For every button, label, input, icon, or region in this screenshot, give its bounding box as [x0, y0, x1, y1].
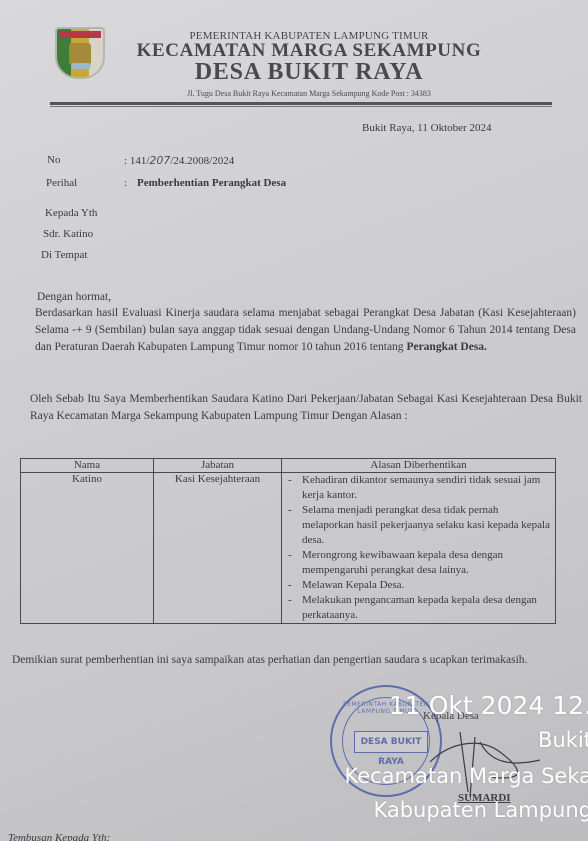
no-suffix: /24.2008/2024: [170, 155, 234, 167]
closing-paragraph: Demikian surat pemberhentian ini saya sa…: [12, 650, 588, 670]
tembusan-label: Tembusan Kepada Yth:: [8, 832, 110, 841]
greeting: Dengan hormat,: [37, 289, 111, 306]
list-item: Melakukan pengancaman kepada kepala desa…: [286, 593, 551, 623]
letter-number: : 141/207/24.2008/2024: [124, 154, 234, 167]
signature-scribble-icon: [420, 722, 550, 802]
watermark-village: Bukit: [538, 728, 588, 752]
recipient-line1: Kepada Yth: [45, 207, 97, 219]
table-header-row: Nama Jabatan Alasan Diberhentikan: [21, 459, 556, 473]
paragraph-dismissal: Oleh Sebab Itu Saya Memberhentikan Sauda…: [30, 391, 582, 425]
table-row: Katino Kasi Kesejahteraan Kehadiran dika…: [21, 473, 556, 624]
reason-list: Kehadiran dikantor semaunya sendiri tida…: [286, 473, 551, 623]
cell-alasan: Kehadiran dikantor semaunya sendiri tida…: [282, 473, 556, 624]
perihal-separator: :: [124, 177, 127, 189]
header-alasan: Alasan Diberhentikan: [282, 459, 556, 473]
watermark-district: Kecamatan Marga Seka: [344, 764, 588, 788]
no-prefix: 141/: [130, 155, 150, 167]
watermark-timestamp: 11 Okt 2024 12.: [389, 691, 588, 720]
perihal-label: Perihal: [46, 177, 77, 189]
no-separator: :: [124, 155, 127, 167]
list-item: Merongrong kewibawaan kepala desa dengan…: [286, 548, 551, 578]
stamp-center-text: DESA BUKIT RAYA: [354, 731, 428, 753]
header-nama: Nama: [21, 459, 154, 473]
recipient-place: Di Tempat: [41, 249, 87, 261]
cell-nama: Katino: [21, 473, 154, 624]
letter-date: Bukit Raya, 11 Oktober 2024: [362, 122, 491, 134]
paragraph-evaluation-text: Berdasarkan hasil Evaluasi Kinerja sauda…: [35, 307, 576, 353]
watermark-regency: Kabupaten Lampung: [373, 798, 588, 822]
dismissal-reasons-table: Nama Jabatan Alasan Diberhentikan Katino…: [20, 458, 556, 624]
paragraph-evaluation-bold: Perangkat Desa.: [406, 341, 487, 353]
no-label: No: [47, 154, 60, 166]
recipient-name: Sdr. Katino: [43, 228, 93, 240]
header-jabatan: Jabatan: [154, 459, 282, 473]
letterhead-village: DESA BUKIT RAYA: [0, 59, 588, 86]
list-item: Melawan Kepala Desa.: [286, 578, 551, 593]
letterhead-divider: [50, 102, 552, 105]
perihal-value: Pemberhentian Perangkat Desa: [137, 177, 286, 189]
letterhead-divider-thin: [50, 106, 552, 107]
paragraph-evaluation: Berdasarkan hasil Evaluasi Kinerja sauda…: [35, 305, 576, 356]
list-item: Selama menjadi perangkat desa tidak pern…: [286, 503, 551, 548]
letterhead-address: Jl. Tugu Desa Bukit Raya Kecamatan Marga…: [0, 89, 588, 98]
list-item: Kehadiran dikantor semaunya sendiri tida…: [286, 473, 551, 503]
no-handwritten: 207: [149, 154, 170, 167]
cell-jabatan: Kasi Kesejahteraan: [154, 473, 282, 624]
